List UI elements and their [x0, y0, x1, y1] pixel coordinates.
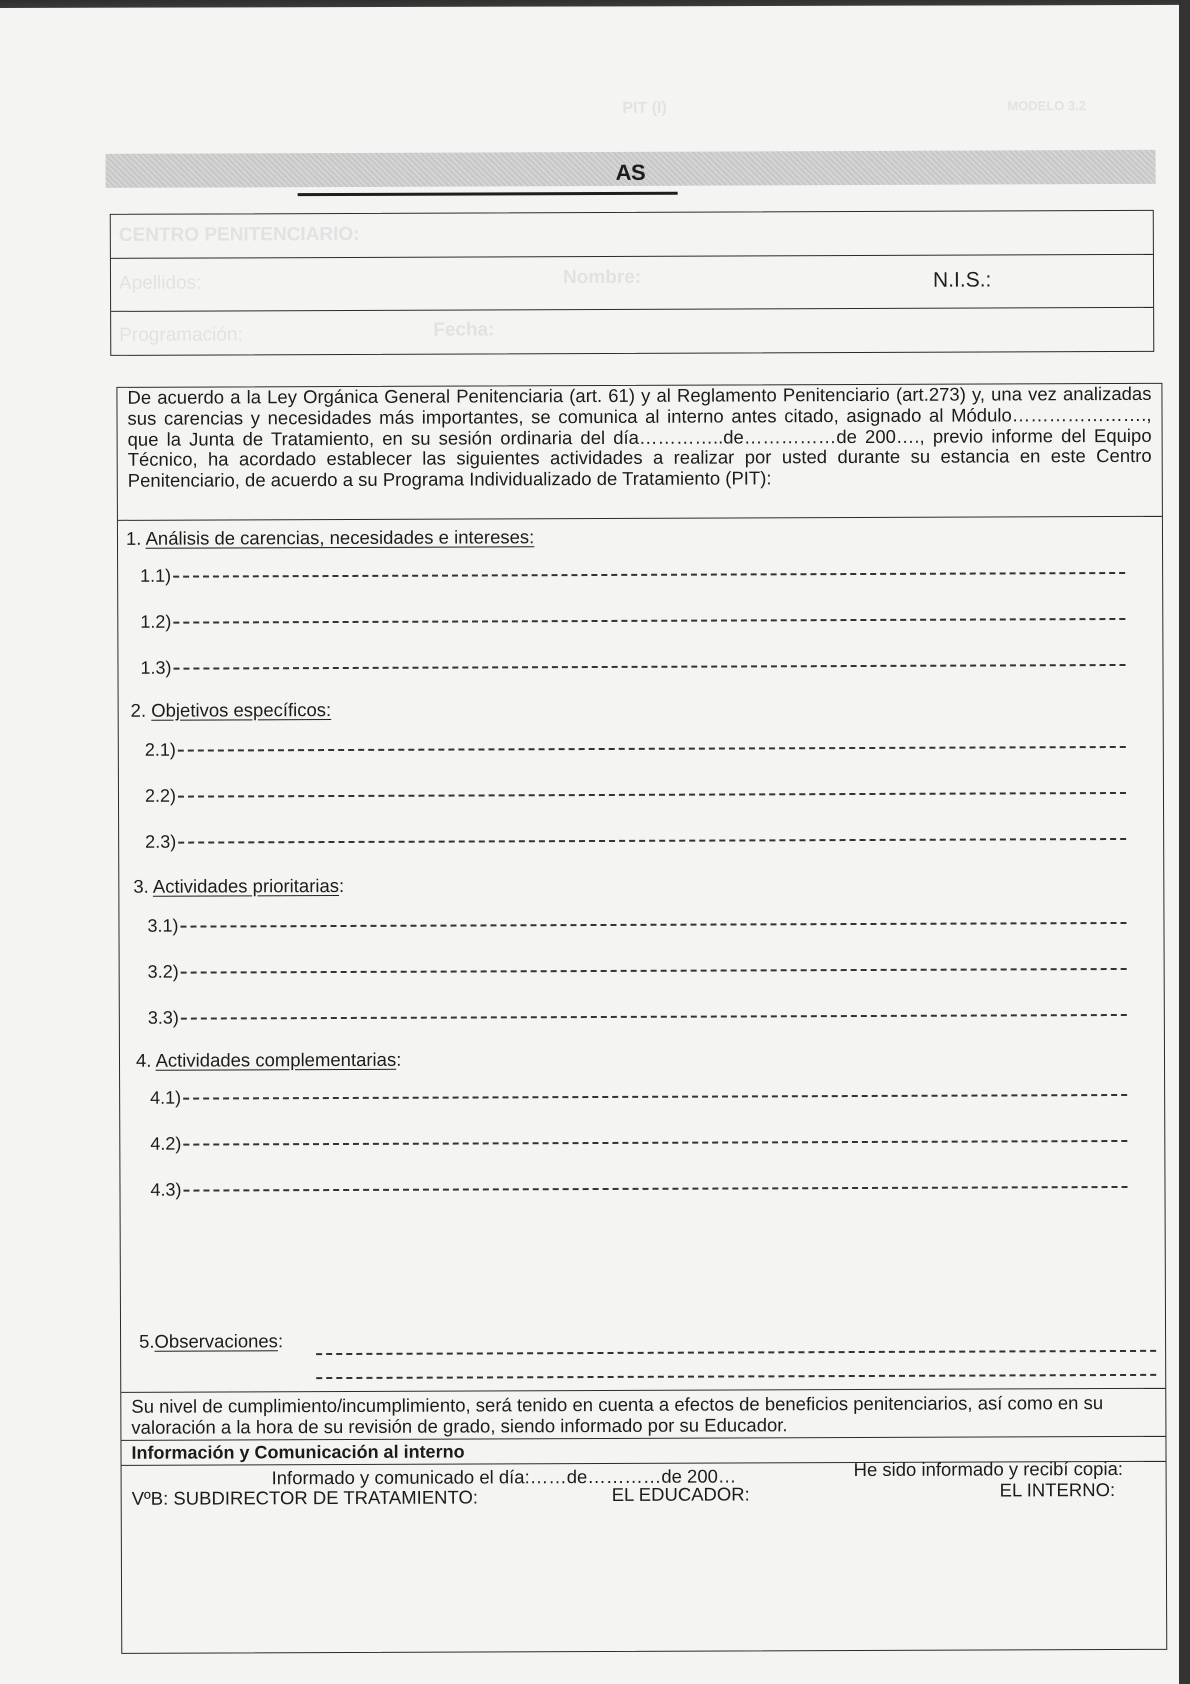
dashed-answer-field[interactable]: [178, 838, 1126, 844]
dashed-answer-field[interactable]: [173, 572, 1125, 578]
dashed-answer-field[interactable]: [174, 664, 1126, 670]
subdirector-signature-label: VºB: SUBDIRECTOR DE TRATAMIENTO:: [132, 1486, 478, 1509]
dashed-answer-field[interactable]: [183, 1094, 1127, 1100]
compliance-text: Su nivel de cumplimiento/incumplimiento,…: [131, 1392, 1155, 1438]
dashed-answer-field[interactable]: [181, 922, 1127, 928]
answer-line-label: 2.3): [145, 832, 176, 852]
section-number: 4.: [136, 1050, 152, 1071]
form-title: AS: [616, 160, 646, 186]
dashed-answer-field[interactable]: [181, 968, 1127, 974]
section-number: 2.: [131, 700, 147, 721]
section-number: 1.: [126, 528, 142, 549]
ghost-nombre-label: Nombre:: [563, 267, 641, 289]
section-title: Objetivos específicos:: [151, 699, 331, 721]
received-copy-label: He sido informado y recibí copia:: [854, 1458, 1123, 1481]
answer-line[interactable]: 3.3): [148, 1004, 1127, 1029]
id-row-divider: [111, 307, 1153, 312]
answer-line[interactable]: 3.1): [147, 912, 1126, 937]
section-colon: :: [339, 875, 344, 896]
section-title: Actividades prioritarias: [153, 875, 339, 897]
ghost-form-title: PIT (I): [622, 100, 667, 118]
ghost-centro-label: CENTRO PENITENCIARIO:: [119, 224, 360, 247]
answer-line-label: 4.2): [150, 1134, 181, 1154]
treatment-program-box: De acuerdo a la Ley Orgánica General Pen…: [116, 383, 1167, 1654]
ghost-model-number: MODELO 3.2: [1007, 98, 1086, 113]
title-underline: [298, 192, 678, 196]
answer-line[interactable]: 4.3): [150, 1176, 1127, 1201]
dashed-answer-field[interactable]: [181, 1014, 1127, 1020]
observations-number: 5.: [139, 1331, 155, 1352]
answer-line[interactable]: 3.2): [148, 958, 1127, 983]
observations-colon: :: [278, 1330, 283, 1351]
answer-line[interactable]: 1.3): [140, 654, 1125, 679]
section-colon: :: [396, 1049, 401, 1070]
answer-line-label: 2.2): [145, 786, 176, 806]
answer-line-label: 3.3): [148, 1008, 179, 1028]
section-number: 3.: [133, 876, 149, 897]
intro-divider: [118, 516, 1162, 521]
identification-box: CENTRO PENITENCIARIO: Apellidos: Nombre:…: [110, 210, 1155, 356]
answer-line[interactable]: 1.1): [140, 562, 1125, 587]
ghost-fecha-label: Fecha:: [433, 319, 494, 341]
section-title: Actividades complementarias: [156, 1049, 397, 1071]
id-row-divider: [111, 254, 1153, 259]
form-sheet: PIT (I) MODELO 3.2 AS CENTRO PENITENCIAR…: [0, 0, 1190, 1684]
answer-line-label: 3.1): [147, 916, 178, 936]
answer-line-label: 1.1): [140, 566, 171, 586]
info-title: Información y Comunicación al interno: [131, 1442, 464, 1464]
answer-line-label: 1.3): [140, 658, 171, 678]
observations-title: Observaciones: [154, 1330, 277, 1351]
answer-line-label: 3.2): [148, 962, 179, 982]
ghost-programacion-label: Programación:: [119, 324, 243, 346]
answer-line-label: 4.3): [150, 1180, 181, 1200]
answer-line-label: 1.2): [140, 612, 171, 632]
dashed-answer-field[interactable]: [178, 746, 1126, 752]
answer-line[interactable]: 4.2): [150, 1130, 1127, 1155]
section-heading-3: 3. Actividades prioritarias:: [133, 875, 344, 898]
observations-line-2[interactable]: [316, 1374, 1156, 1379]
dashed-answer-field[interactable]: [178, 792, 1126, 798]
answer-line[interactable]: 4.1): [150, 1084, 1127, 1109]
answer-line[interactable]: 2.3): [145, 828, 1126, 853]
interno-signature-label: EL INTERNO:: [1000, 1479, 1116, 1501]
section-heading-1: 1. Análisis de carencias, necesidades e …: [126, 526, 534, 550]
answer-line[interactable]: 2.1): [145, 736, 1126, 761]
nis-label: N.I.S.:: [933, 268, 991, 292]
ghost-apellidos-label: Apellidos:: [119, 273, 201, 295]
section-heading-4: 4. Actividades complementarias:: [136, 1049, 401, 1072]
intro-paragraph: De acuerdo a la Ley Orgánica General Pen…: [127, 384, 1151, 492]
answer-line-label: 2.1): [145, 740, 176, 760]
section-title: Análisis de carencias, necesidades e int…: [146, 526, 535, 548]
answer-line-label: 4.1): [150, 1088, 181, 1108]
dashed-answer-field[interactable]: [183, 1140, 1127, 1146]
dashed-answer-field[interactable]: [173, 618, 1125, 624]
educador-signature-label: EL EDUCADOR:: [612, 1483, 750, 1506]
observations-line-1[interactable]: [316, 1350, 1156, 1355]
answer-line[interactable]: 1.2): [140, 608, 1125, 633]
scanner-edge-right: [1179, 0, 1190, 1684]
answer-line[interactable]: 2.2): [145, 782, 1126, 807]
dashed-answer-field[interactable]: [184, 1186, 1128, 1192]
section-heading-2: 2. Objetivos específicos:: [131, 699, 332, 722]
observations-heading: 5.Observaciones:: [139, 1330, 283, 1353]
